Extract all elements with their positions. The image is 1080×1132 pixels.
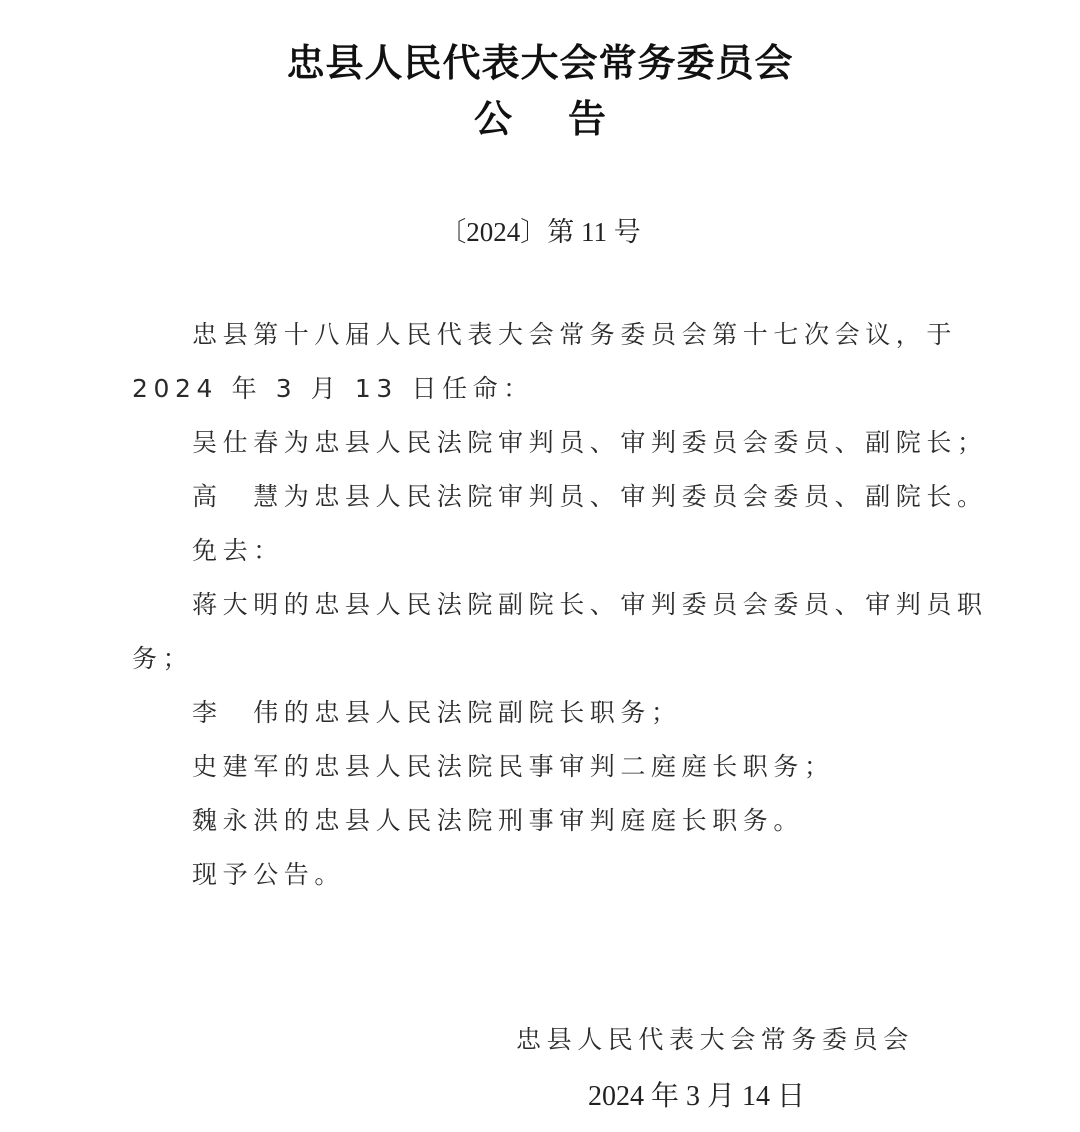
appointment-item: 高 慧为忠县人民法院审判员、审判委员会委员、副院长。: [192, 484, 988, 509]
removal-heading: 免去：: [192, 538, 284, 563]
document-type-char-2: 告: [568, 100, 606, 138]
removal-item: 史建军的忠县人民法院民事审判二庭庭长职务；: [192, 754, 835, 779]
closing-statement: 现予公告。: [192, 862, 345, 887]
document-type-title: 公告: [0, 100, 1080, 138]
intro-paragraph-line-1: 忠县第十八届人民代表大会常务委员会第十七次会议，于: [192, 322, 957, 347]
removal-item: 蒋大明的忠县人民法院副院长、审判委员会委员、审判员职: [192, 592, 988, 617]
signature-date: 2024 年 3 月 14 日: [588, 1074, 805, 1114]
removal-item: 魏永洪的忠县人民法院刑事审判庭庭长职务。: [192, 808, 804, 833]
appointment-item: 吴仕春为忠县人民法院审判员、审判委员会委员、副院长；: [192, 430, 988, 455]
issuing-organization-title: 忠县人民代表大会常务委员会: [0, 44, 1080, 82]
document-type-char-1: 公: [474, 100, 512, 138]
signature-organization: 忠县人民代表大会常务委员会: [516, 1020, 914, 1056]
document-number: 〔2024〕第 11 号: [0, 210, 1080, 249]
intro-paragraph-line-2: 2024 年 3 月 13 日任命：: [132, 376, 534, 401]
removal-item: 李 伟的忠县人民法院副院长职务；: [192, 700, 682, 725]
removal-item-continuation: 务；: [132, 646, 193, 671]
